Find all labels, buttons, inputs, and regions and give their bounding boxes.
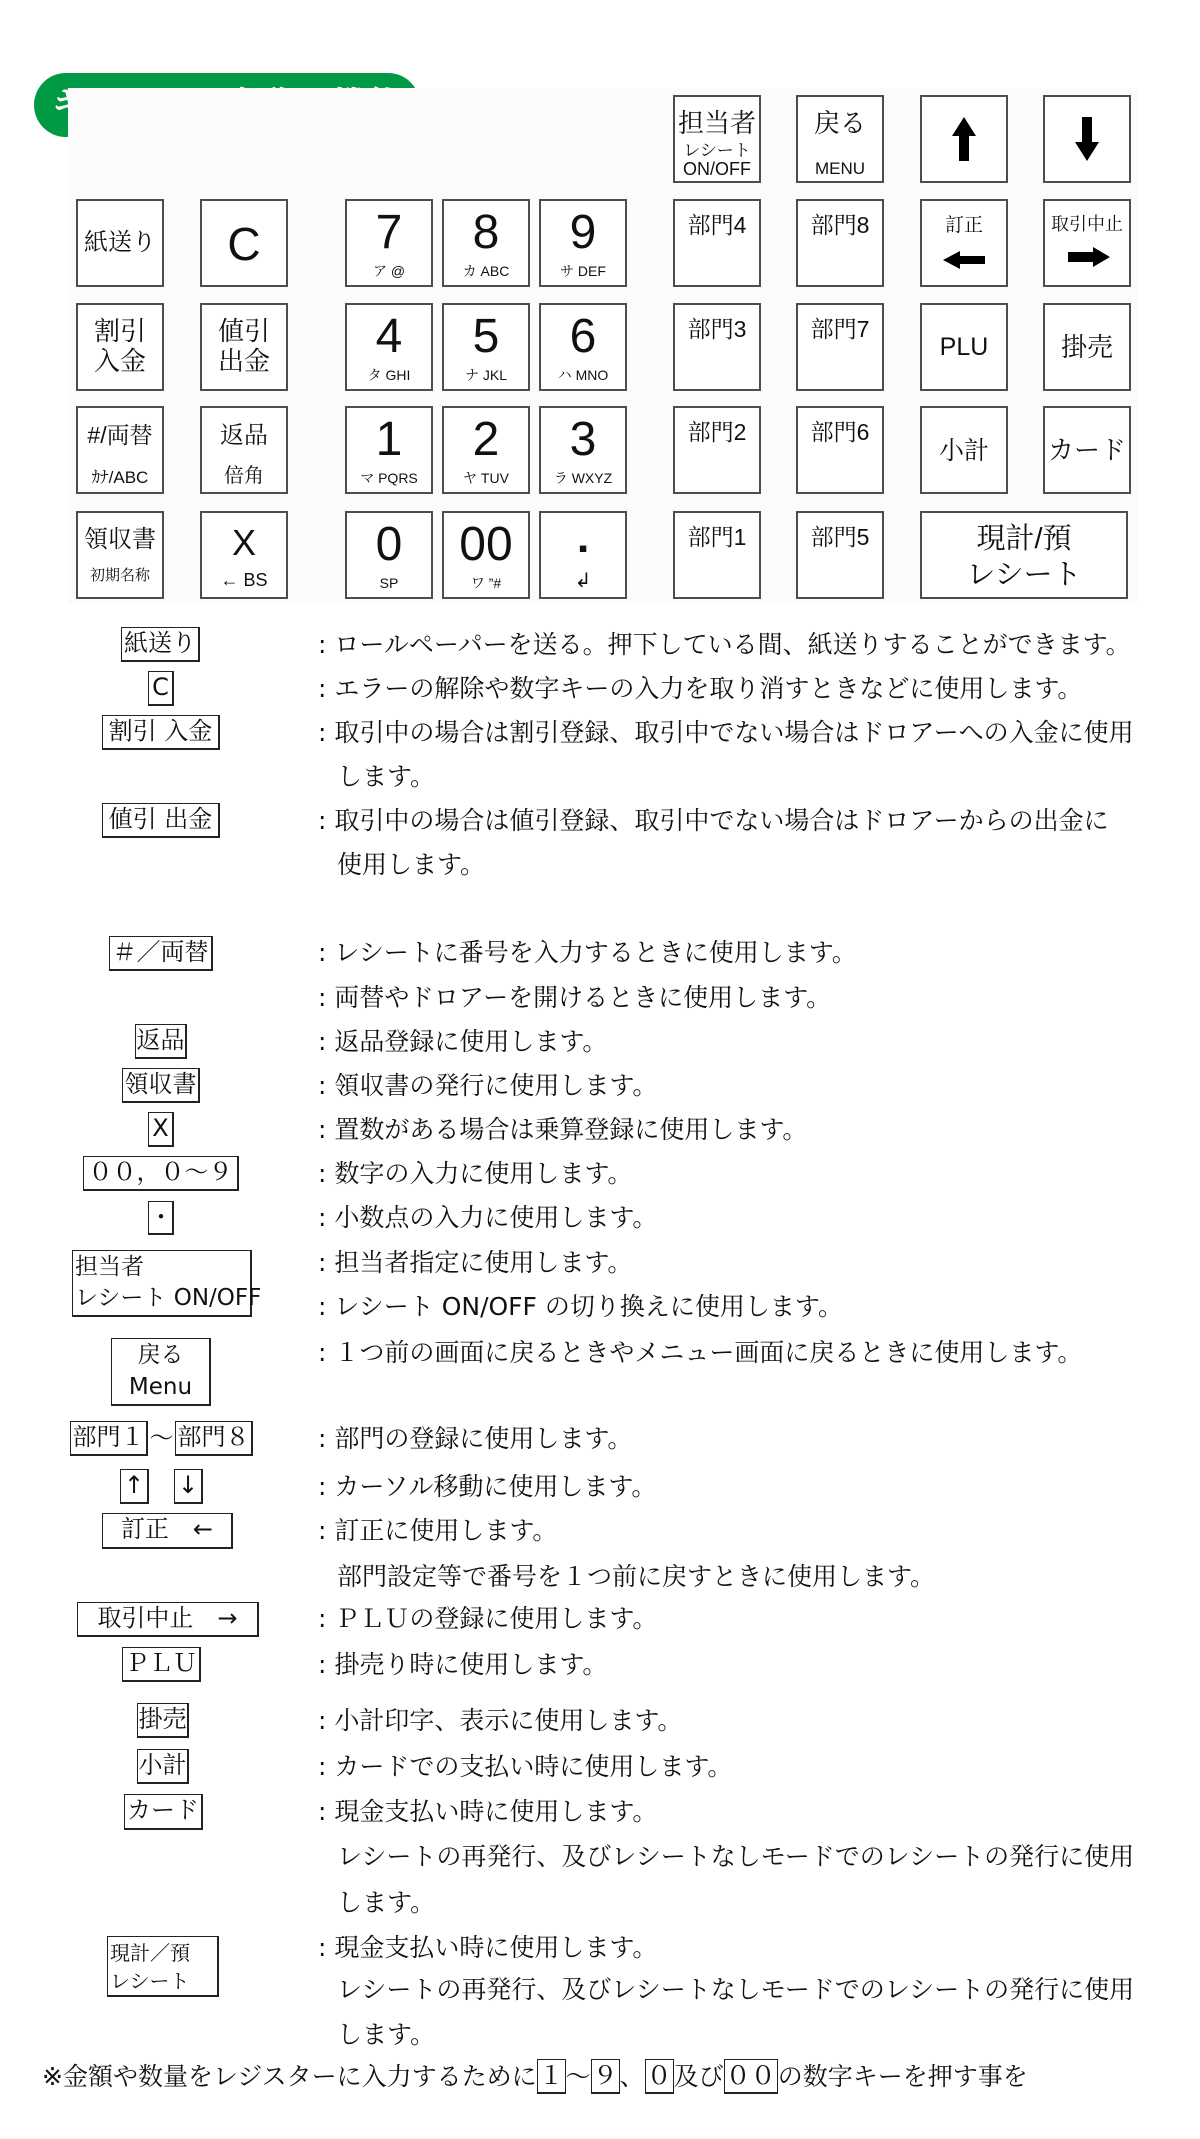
function-description: : エラーの解除や数字キーの入力を取り消すときなどに使用します。 (318, 667, 1082, 711)
key-name: 現計／預 (110, 1939, 217, 1967)
function-description: : 領収書の発行に使用します。 (318, 1064, 657, 1108)
key-label: 1 (347, 416, 431, 464)
key-name: 小計 (138, 1750, 187, 1781)
key-name: C (149, 672, 172, 703)
key-sublabel: カ ABC (444, 264, 528, 278)
arrow-up-icon: ↑ (120, 1469, 149, 1504)
digit-1-key: 1 マ PQRS (345, 406, 433, 494)
key-label: 5 (444, 313, 528, 361)
digit-00-key: 00 ワ ”# (442, 511, 530, 599)
digit-2-key: 2 ヤ TUV (442, 406, 530, 494)
digit-7-key: 7 ア @ (345, 199, 433, 287)
key-label: 部門5 (798, 526, 882, 549)
function-description: : 訂正に使用します。 (318, 1509, 557, 1553)
markdown-withdraw-key: 値引 出金 (200, 303, 288, 391)
correct-key: 訂正 (920, 199, 1008, 287)
inline-key-0: ０ (645, 2059, 674, 2094)
digit-0-key: 0 SP (345, 511, 433, 599)
key-label: 領収書 (78, 528, 162, 552)
key-label: 0 (347, 521, 431, 569)
key-sublabel: SP (347, 576, 431, 590)
function-description: : 両替やドロアーを開けるときに使用します。 (318, 976, 831, 1020)
function-description: : 掛売り時に使用します。 (318, 1643, 607, 1687)
key-sublabel: ラ WXYZ (541, 471, 625, 485)
function-description: : １つ前の画面に戻るときやメニュー画面に戻るときに使用します。 (318, 1331, 1082, 1375)
card-label-box: カード (124, 1794, 203, 1830)
department-8-label-box: 部門８ (175, 1421, 253, 1456)
multiply-key: X ← BS (200, 511, 288, 599)
function-description: : 小計印字、表示に使用します。 (318, 1699, 682, 1743)
markdown-label-box: 値引 出金 (102, 803, 220, 838)
plu-key: PLU (920, 303, 1008, 391)
key-label: 戻る (798, 110, 882, 136)
key-label: 部門1 (675, 526, 759, 549)
discount-deposit-key: 割引 入金 (76, 303, 164, 391)
number-exchange-key: #/両替 ｶﾅ/ABC (76, 406, 164, 494)
range-tilde: ～ (148, 1421, 175, 1456)
key-name: 取引中止 → (78, 1603, 257, 1634)
key-sublabel: ワ ”# (444, 576, 528, 590)
key-sublabel: ON/OFF (675, 160, 759, 178)
key-sublabel: マ PQRS (347, 471, 431, 485)
function-description: : レシート ON/OFF の切り換えに使用します。 (318, 1285, 843, 1329)
key-name: レシート ON/OFF (75, 1283, 250, 1314)
key-label: PLU (922, 335, 1006, 360)
key-name: 戻る (112, 1339, 209, 1371)
discount-label-box: 割引 入金 (102, 715, 220, 750)
digit-9-key: 9 サ DEF (539, 199, 627, 287)
staff-receipt-label-box: 担当者 レシート ON/OFF (72, 1250, 252, 1317)
function-description: : 返品登録に使用します。 (318, 1020, 607, 1064)
footer-note: ※金額や数量をレジスターに入力するために１～９、０及び００の数字キーを押す事を (42, 2059, 1028, 2094)
card-key: カード (1043, 406, 1131, 494)
back-menu-label-box: 戻る Menu (111, 1338, 211, 1406)
arrow-up-icon (952, 117, 976, 161)
key-sublabel: サ DEF (541, 264, 625, 278)
function-description: : カーソル移動に使用します。 (318, 1465, 656, 1509)
paper-feed-key: 紙送り (76, 199, 164, 287)
key-label: X (202, 525, 286, 561)
key-label: ▪ (541, 535, 625, 561)
department-1-label-box: 部門１ (70, 1421, 148, 1456)
key-label: 3 (541, 416, 625, 464)
key-name: ＰＬＵ (123, 1648, 199, 1679)
key-name: ＃／両替 (110, 937, 211, 968)
function-description: : ＰＬＵの登録に使用します。 (318, 1597, 657, 1641)
key-label: 4 (347, 313, 431, 361)
key-label: 取引中止 (1045, 215, 1129, 233)
key-sublabel: ← BS (202, 571, 286, 589)
key-label: 担当者 (675, 110, 759, 136)
decimal-point-key: ▪ ↲ (539, 511, 627, 599)
function-description: : 置数がある場合は乗算登録に使用します。 (318, 1108, 807, 1152)
key-name: 割引 入金 (103, 716, 218, 747)
inline-key-00: ００ (724, 2059, 778, 2094)
key-name: 掛売 (138, 1704, 187, 1735)
key-name: レシート (110, 1967, 217, 1995)
function-description: : 取引中の場合は割引登録、取引中でない場合はドロアーへの入金に使用 (318, 711, 1134, 755)
key-label: レシート (922, 561, 1126, 590)
cash-receipt-key: 現計/預 レシート (920, 511, 1128, 599)
key-sublabel: ナ JKL (444, 368, 528, 382)
key-name: カード (125, 1795, 201, 1826)
key-name: 紙送り (122, 628, 198, 659)
key-label: 2 (444, 416, 528, 464)
digit-8-key: 8 カ ABC (442, 199, 530, 287)
function-description: : 担当者指定に使用します。 (318, 1241, 632, 1285)
key-label: 出金 (202, 348, 286, 374)
footer-text: 及び (674, 2062, 724, 2091)
key-label: 9 (541, 209, 625, 257)
key-label: 小計 (922, 439, 1006, 464)
key-name: X (149, 1113, 172, 1144)
correct-label-box: 訂正 ← (102, 1513, 233, 1549)
digits-label-box: ００，０～９ (83, 1156, 239, 1191)
cancel-transaction-key: 取引中止 (1043, 199, 1131, 287)
key-label: 部門7 (798, 318, 882, 341)
function-description: レシートの再発行、及びレシートなしモードでのレシートの発行に使用 (337, 1835, 1134, 1879)
key-name: ↓ (175, 1470, 201, 1501)
function-description: : 数字の入力に使用します。 (318, 1152, 632, 1196)
key-label: 部門4 (675, 214, 759, 237)
arrow-down-icon: ↓ (174, 1469, 203, 1504)
key-sublabel: MENU (798, 160, 882, 177)
digit-3-key: 3 ラ WXYZ (539, 406, 627, 494)
key-label: 訂正 (922, 216, 1006, 235)
arrow-right-icon (1068, 247, 1110, 267)
department-1-key: 部門1 (673, 511, 761, 599)
down-key (1043, 95, 1131, 183)
key-label: 部門3 (675, 318, 759, 341)
key-name: 値引 出金 (103, 804, 218, 835)
key-label: 8 (444, 209, 528, 257)
key-label: 部門8 (798, 214, 882, 237)
back-menu-key: 戻る MENU (796, 95, 884, 183)
footer-text: ※金額や数量をレジスターに入力するために (42, 2062, 537, 2091)
key-label: 紙送り (78, 231, 162, 255)
department-4-key: 部門4 (673, 199, 761, 287)
function-description: : 現金支払い時に使用します。 (318, 1926, 657, 1970)
function-description: : 小数点の入力に使用します。 (318, 1196, 657, 1240)
key-name: 部門１ (71, 1422, 146, 1453)
credit-sale-label-box: 掛売 (137, 1703, 189, 1738)
return-key: 返品 倍角 (200, 406, 288, 494)
key-label: 返品 (202, 424, 286, 448)
key-name: 領収書 (123, 1069, 198, 1100)
key-name: 部門８ (176, 1422, 251, 1453)
function-description: : 部門の登録に使用します。 (318, 1417, 632, 1461)
key-name: 返品 (136, 1025, 185, 1056)
function-description: します。 (337, 2013, 435, 2057)
key-label: 現計/預 (922, 525, 1126, 554)
key-label: C (202, 221, 286, 267)
decimal-label-box: ・ (148, 1201, 174, 1235)
arrow-down-icon (1075, 117, 1099, 161)
department-8-key: 部門8 (796, 199, 884, 287)
digit-4-key: 4 タ GHI (345, 303, 433, 391)
key-name: Menu (112, 1371, 209, 1403)
receipt-issue-key: 領収書 初期名称 (76, 511, 164, 599)
footer-text: 、 (620, 2062, 645, 2091)
key-label: 値引 (202, 318, 286, 344)
function-description: レシートの再発行、及びレシートなしモードでのレシートの発行に使用 (337, 1968, 1134, 2012)
inline-key-1: １ (537, 2059, 566, 2094)
multiply-label-box: X (148, 1112, 174, 1147)
key-sublabel: 倍角 (202, 466, 286, 486)
key-label: 7 (347, 209, 431, 257)
function-description: : 現金支払い時に使用します。 (318, 1790, 657, 1834)
key-label: 00 (444, 521, 528, 569)
key-label: 6 (541, 313, 625, 361)
clear-label-box: C (148, 671, 174, 706)
key-label: 部門6 (798, 421, 882, 444)
department-5-key: 部門5 (796, 511, 884, 599)
cancel-transaction-label-box: 取引中止 → (77, 1602, 259, 1637)
function-description: : カードでの支払い時に使用します。 (318, 1745, 732, 1789)
digit-5-key: 5 ナ JKL (442, 303, 530, 391)
function-description: 部門設定等で番号を１つ前に戻すときに使用します。 (337, 1555, 935, 1599)
function-description: : ロールペーパーを送る。押下している間、紙送りすることができます。 (318, 623, 1131, 667)
key-name: 担当者 (75, 1252, 250, 1283)
credit-sale-key: 掛売 (1043, 303, 1131, 391)
key-name: ↑ (121, 1470, 147, 1501)
arrow-left-icon (943, 251, 985, 269)
paper-feed-label-box: 紙送り (121, 627, 200, 662)
key-label: 入金 (78, 348, 162, 374)
key-sublabel: ｶﾅ/ABC (78, 469, 162, 486)
key-label: 掛売 (1045, 334, 1129, 360)
department-2-key: 部門2 (673, 406, 761, 494)
key-sublabel: ハ MNO (541, 368, 625, 382)
clear-key: C (200, 199, 288, 287)
key-name: ・ (149, 1202, 172, 1233)
key-label: #/両替 (78, 424, 162, 447)
key-sublabel: レシート (675, 142, 759, 159)
number-exchange-label-box: ＃／両替 (109, 936, 213, 971)
key-label: 部門2 (675, 421, 759, 444)
key-name: 訂正 ← (103, 1514, 231, 1545)
plu-label-box: ＰＬＵ (122, 1647, 201, 1682)
department-3-key: 部門3 (673, 303, 761, 391)
digit-6-key: 6 ハ MNO (539, 303, 627, 391)
function-description: します。 (337, 1881, 435, 1925)
department-6-key: 部門6 (796, 406, 884, 494)
key-label: 割引 (78, 318, 162, 344)
key-sublabel: 初期名称 (78, 568, 162, 583)
receipt-label-box: 領収書 (122, 1068, 200, 1103)
return-label-box: 返品 (135, 1024, 187, 1059)
function-description: : レシートに番号を入力するときに使用します。 (318, 931, 857, 975)
key-sublabel: タ GHI (347, 368, 431, 382)
function-description: 使用します。 (337, 843, 485, 887)
up-key (920, 95, 1008, 183)
key-sublabel: ヤ TUV (444, 471, 528, 485)
inline-key-9: ９ (591, 2059, 620, 2094)
function-description: します。 (337, 755, 435, 799)
subtotal-label-box: 小計 (137, 1749, 189, 1784)
key-name: ００，０～９ (84, 1157, 237, 1188)
function-description: : 取引中の場合は値引登録、取引中でない場合はドロアーからの出金に (318, 799, 1109, 843)
return-glyph-icon: ↲ (541, 571, 625, 591)
staff-receipt-key: 担当者 レシート ON/OFF (673, 95, 761, 183)
cash-receipt-label-box: 現計／預 レシート (107, 1936, 219, 1997)
subtotal-key: 小計 (920, 406, 1008, 494)
key-sublabel: ア @ (347, 264, 431, 278)
department-7-key: 部門7 (796, 303, 884, 391)
footer-text: の数字キーを押す事を (778, 2062, 1028, 2091)
footer-text: ～ (566, 2062, 591, 2091)
key-label: カード (1045, 437, 1129, 463)
